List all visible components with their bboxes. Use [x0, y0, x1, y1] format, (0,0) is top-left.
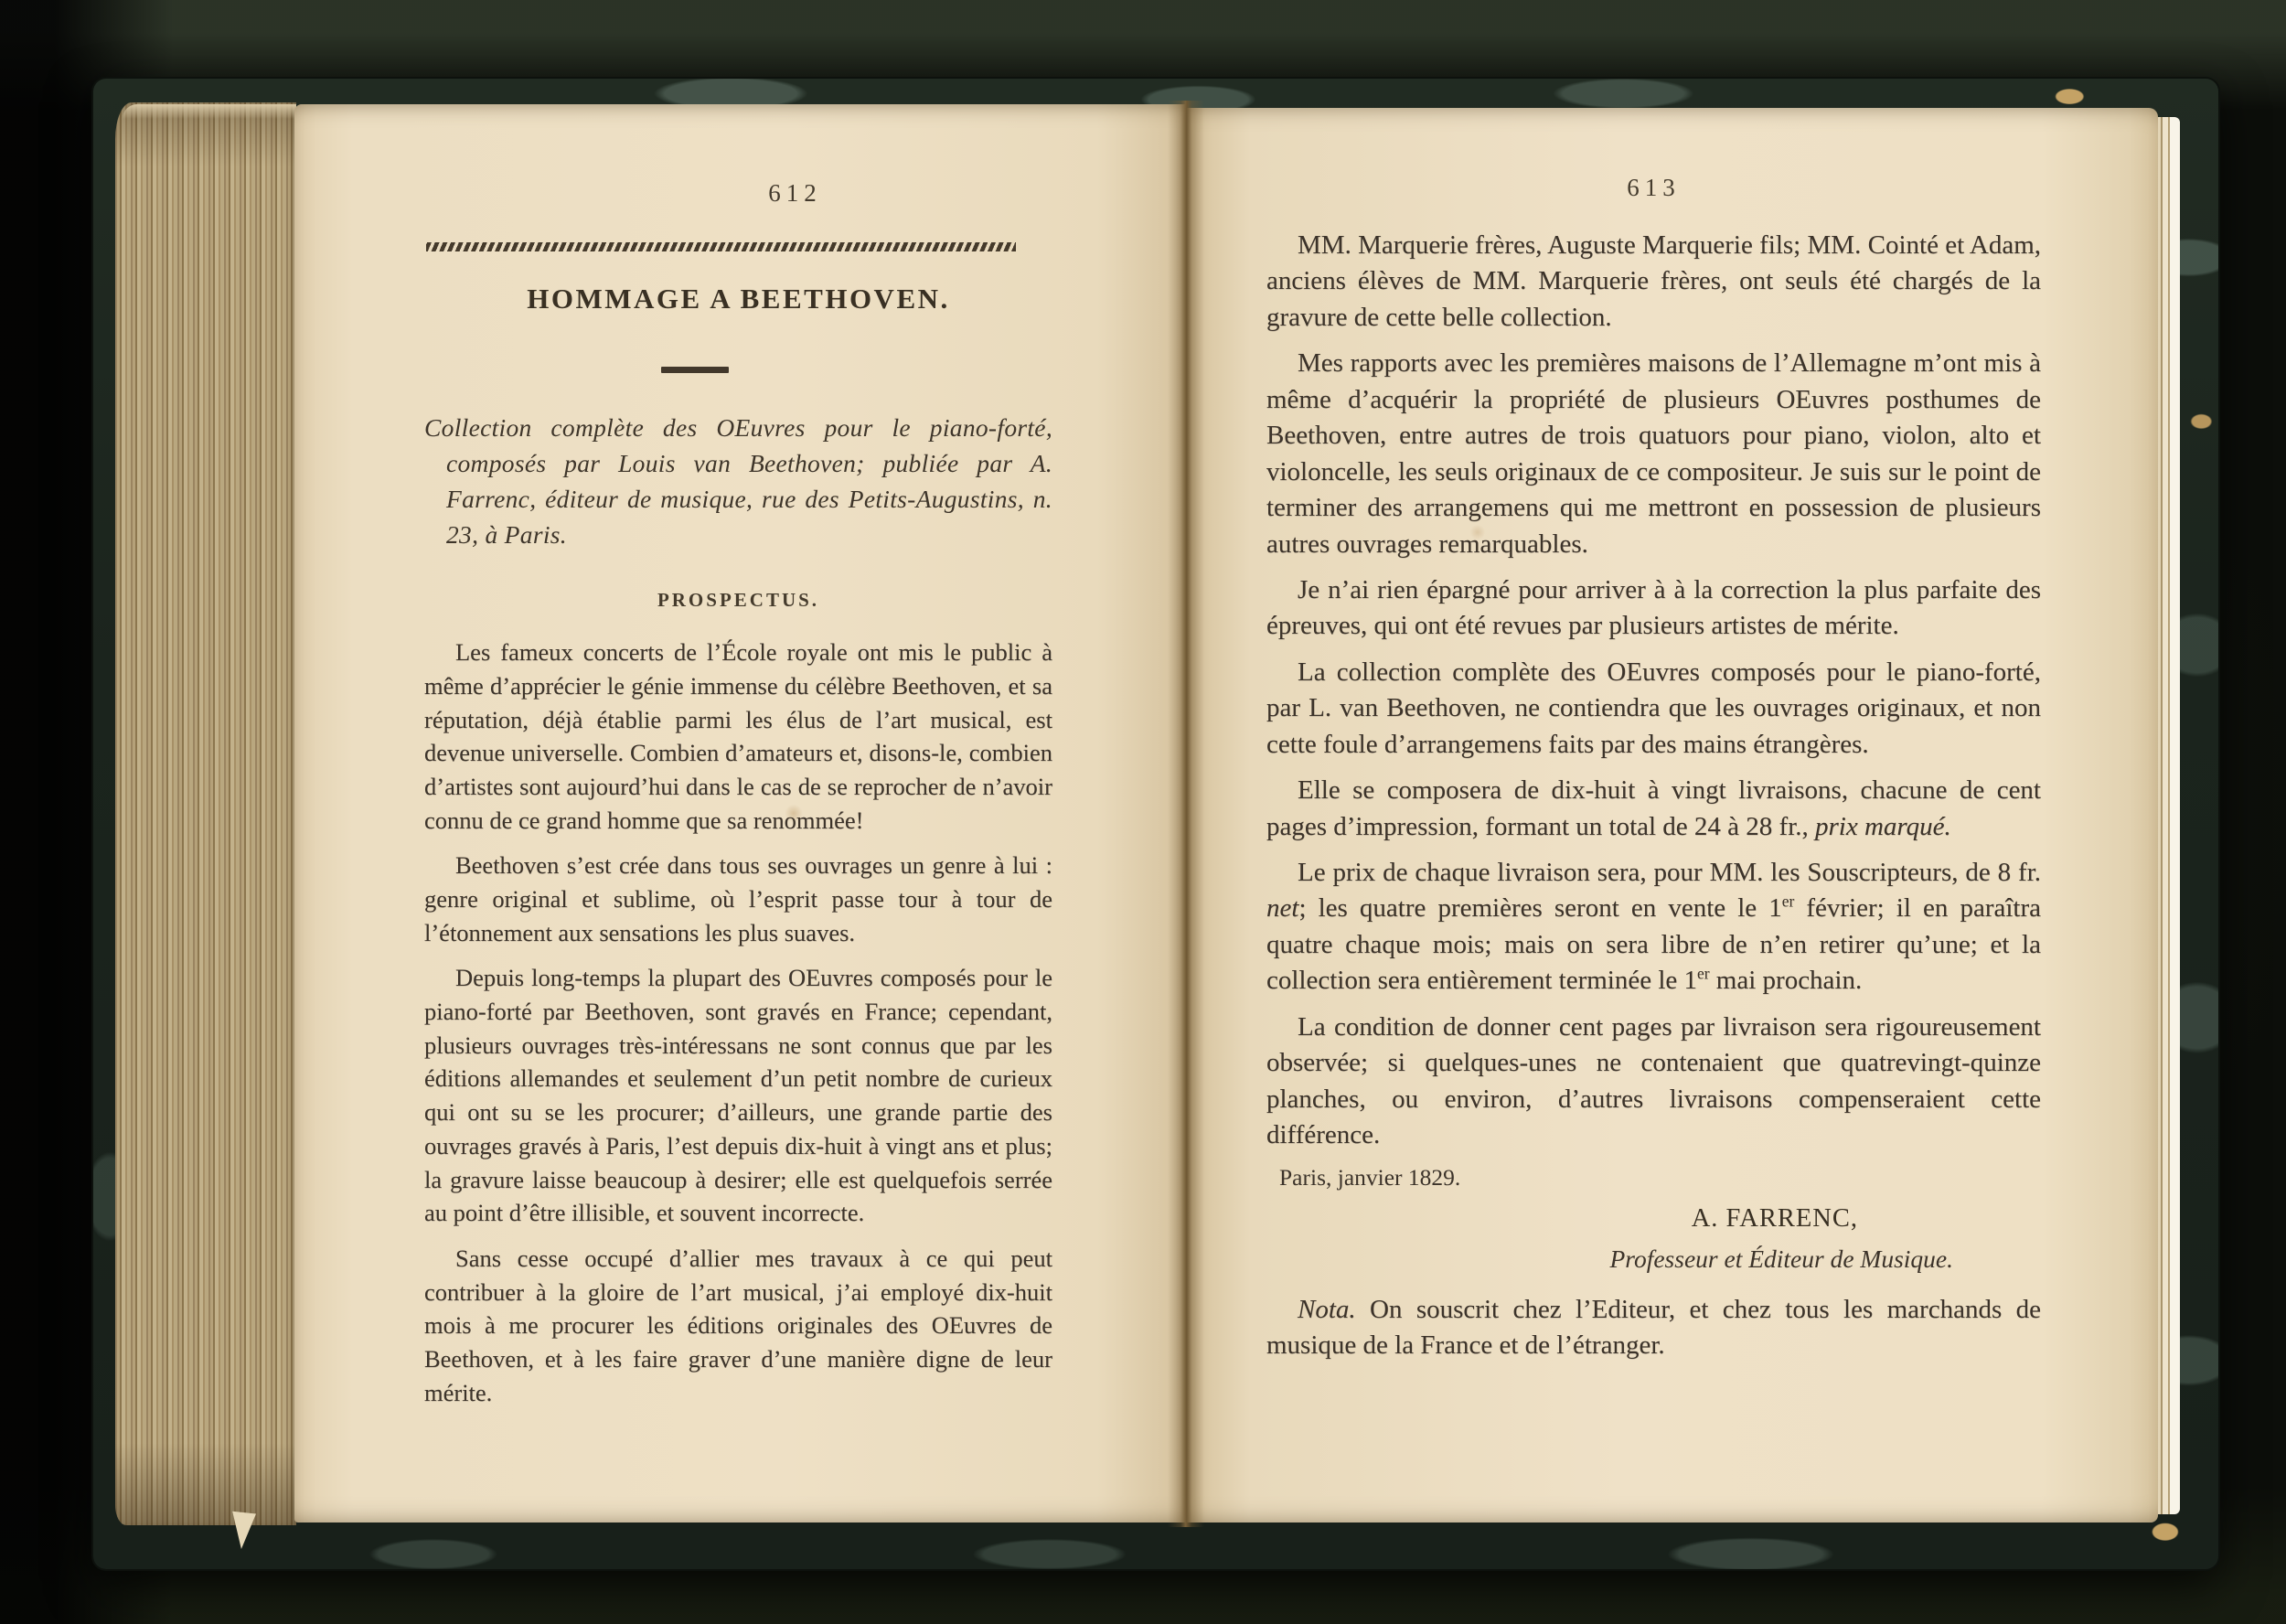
page-612-body: Les fameux concerts de l’École royale on…: [424, 636, 1052, 1409]
page-613-content: 613 MM. Marquerie frères, Auguste Marque…: [1186, 108, 2158, 1363]
nota-paragraph: Nota. On souscrit chez l’Editeur, et che…: [1266, 1292, 2041, 1364]
paragraph: La collection complète des OEuvres compo…: [1266, 655, 2041, 763]
right-page-edges: [2154, 117, 2180, 1514]
dateline: Paris, janvier 1829.: [1279, 1164, 2041, 1191]
article-title: HOMMAGE A BEETHOVEN.: [424, 283, 1052, 315]
paragraph: La condition de donner cent pages par li…: [1266, 1010, 2041, 1154]
page-number: 612: [481, 181, 1109, 206]
decorative-rule: [426, 242, 1016, 251]
page-corner-dog-ear: [229, 1512, 256, 1550]
book-gutter: [1168, 101, 1204, 1527]
page-612: 612 HOMMAGE A BEETHOVEN. Collection comp…: [294, 104, 1186, 1522]
paragraph: Le prix de chaque livraison sera, pour M…: [1266, 855, 2041, 999]
left-page-edges: [115, 102, 296, 1525]
photo-background: 612 HOMMAGE A BEETHOVEN. Collection comp…: [0, 0, 2286, 1624]
signature-name: A. FARRENC,: [1266, 1204, 2041, 1234]
section-heading: PROSPECTUS.: [424, 589, 1052, 612]
page-number: 613: [1266, 176, 2041, 200]
title-divider: [661, 367, 729, 373]
paragraph: MM. Marquerie frères, Auguste Marquerie …: [1266, 228, 2041, 336]
paragraph: Depuis long-temps la plupart des OEuvres…: [424, 961, 1052, 1230]
page-612-content: 612 HOMMAGE A BEETHOVEN. Collection comp…: [294, 104, 1186, 1409]
paragraph: Mes rapports avec les premières maisons …: [1266, 346, 2041, 562]
paragraph: Je n’ai rien épargné pour arriver à à la…: [1266, 572, 2041, 645]
paragraph: Sans cesse occupé d’allier mes travaux à…: [424, 1242, 1052, 1409]
paragraph: Les fameux concerts de l’École royale on…: [424, 636, 1052, 837]
signature-title: Professeur et Éditeur de Musique.: [1266, 1245, 2041, 1274]
page-613: 613 MM. Marquerie frères, Auguste Marque…: [1186, 108, 2158, 1522]
paragraph: Beethoven s’est crée dans tous ses ouvra…: [424, 849, 1052, 949]
citation: Collection complète des OEuvres pour le …: [424, 410, 1052, 552]
page-613-body: MM. Marquerie frères, Auguste Marquerie …: [1266, 228, 2041, 1154]
paragraph: Elle se composera de dix-huit à vingt li…: [1266, 773, 2041, 845]
